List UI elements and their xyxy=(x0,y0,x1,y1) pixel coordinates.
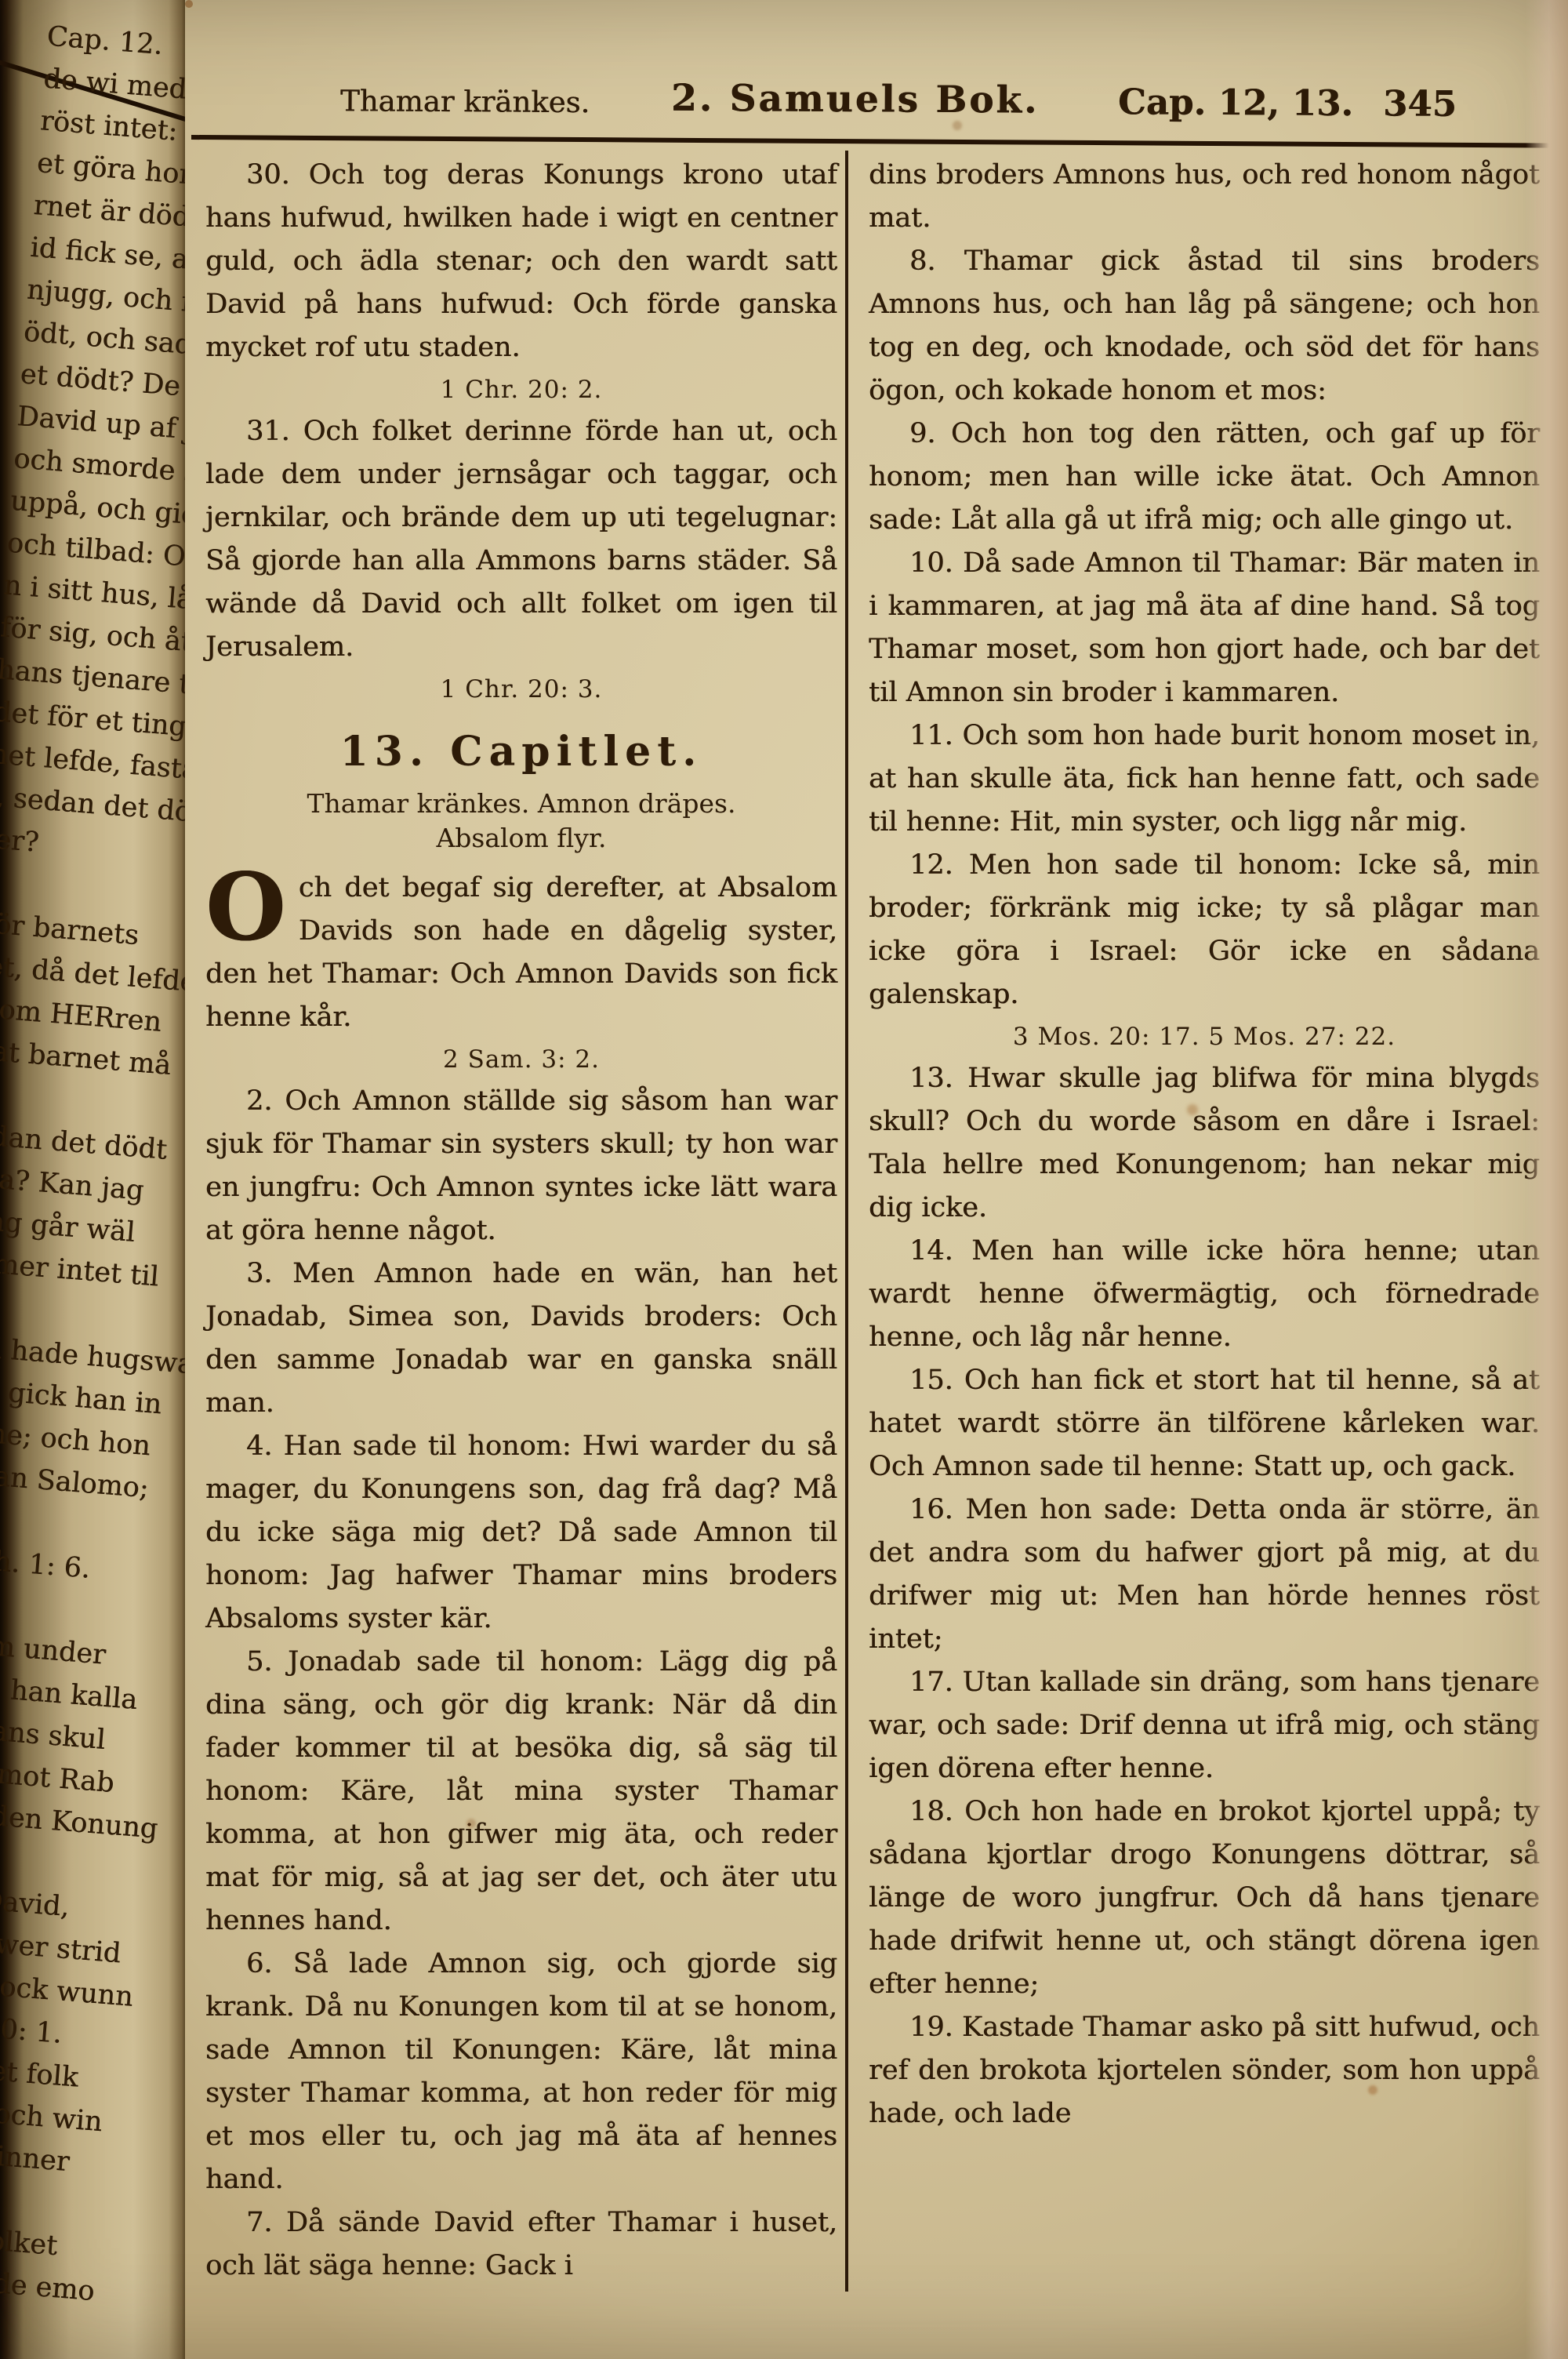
verse-block: 11. Och som hon hade burit honom moset i… xyxy=(869,714,1540,844)
verse-block: 19. Kastade Thamar asko på sitt hufwud, … xyxy=(869,2006,1540,2135)
page-number: 345 xyxy=(1383,82,1457,125)
gutter-text-fragments: Cap. 12.de wi med honom,röst intet: Huru… xyxy=(0,16,185,2358)
verse-cont-block: dins broders Amnons hus, och red honom n… xyxy=(869,154,1540,240)
verse-block: 9. Och hon tog den rätten, och gaf up fö… xyxy=(869,413,1540,542)
book-page-photo: Cap. 12.de wi med honom,röst intet: Huru… xyxy=(0,0,1568,2359)
verse-block: 6. Så lade Amnon sig, och gjorde sig kra… xyxy=(205,1943,837,2201)
running-title: Thamar kränkes. xyxy=(340,84,590,119)
verse-block: 15. Och han fick et stort hat til henne,… xyxy=(869,1359,1540,1488)
verse-block: 2. Och Amnon ställde sig såsom han war s… xyxy=(205,1080,837,1252)
verse-block: 31. Och folket derinne förde han ut, och… xyxy=(205,410,837,669)
ref-block: 1 Chr. 20: 2. xyxy=(205,371,837,409)
page-header: Thamar kränkes. 2. Samuels Bok. Cap. 12,… xyxy=(185,69,1568,140)
column-divider-rule xyxy=(845,151,848,2292)
paper-stains xyxy=(185,0,193,8)
right-text-column: dins broders Amnons hus, och red honom n… xyxy=(869,154,1540,2135)
verse-block: 4. Han sade til honom: Hwi warder du så … xyxy=(205,1425,837,1641)
verse-dropcap-block: Och det begaf sig derefter, at Absalom D… xyxy=(205,867,837,1039)
verse-block: 7. Då sände David efter Thamar i huset, … xyxy=(205,2201,837,2288)
verse-block: 13. Hwar skulle jag blifwa för mina blyg… xyxy=(869,1057,1540,1230)
verse-block: 14. Men han wille icke höra henne; utan … xyxy=(869,1230,1540,1359)
verse-block: 5. Jonadab sade til honom: Lägg dig på d… xyxy=(205,1641,837,1943)
page-345: Thamar kränkes. 2. Samuels Bok. Cap. 12,… xyxy=(185,0,1568,2359)
verse-block: 3. Men Amnon hade en wän, han het Jonada… xyxy=(205,1252,837,1425)
verse-block: 30. Och tog deras Konungs krono utaf han… xyxy=(205,154,837,369)
ref-block: 3 Mos. 20: 17. 5 Mos. 27: 22. xyxy=(869,1018,1540,1056)
chapter-heading-block: 13. Capitlet. xyxy=(205,729,837,776)
verse-block: 12. Men hon sade til honom: Icke så, min… xyxy=(869,844,1540,1016)
ref-block: 1 Chr. 20: 3. xyxy=(205,671,837,708)
verse-block: 18. Och hon hade en brokot kjortel uppå;… xyxy=(869,1790,1540,2006)
verse-block: 10. Då sade Amnon til Thamar: Bär maten … xyxy=(869,542,1540,714)
verse-block: 16. Men hon sade: Detta onda är större, … xyxy=(869,1488,1540,1661)
ref-block: 2 Sam. 3: 2. xyxy=(205,1041,837,1078)
verse-block: 17. Utan kallade sin dräng, som hans tje… xyxy=(869,1661,1540,1790)
summary-block: Thamar kränkes. Amnon dräpes. Absalom fl… xyxy=(252,787,790,856)
left-text-column: 30. Och tog deras Konungs krono utaf han… xyxy=(205,154,837,2288)
dropcap-initial: O xyxy=(205,867,299,945)
chapter-reference: Cap. 12, 13. xyxy=(1118,81,1353,124)
book-title: 2. Samuels Bok. xyxy=(671,77,1040,122)
gutter-previous-page: Cap. 12.de wi med honom,röst intet: Huru… xyxy=(0,0,185,2359)
verse-block: 8. Thamar gick åstad til sins broders Am… xyxy=(869,240,1540,413)
page-edge xyxy=(1526,0,1568,2359)
